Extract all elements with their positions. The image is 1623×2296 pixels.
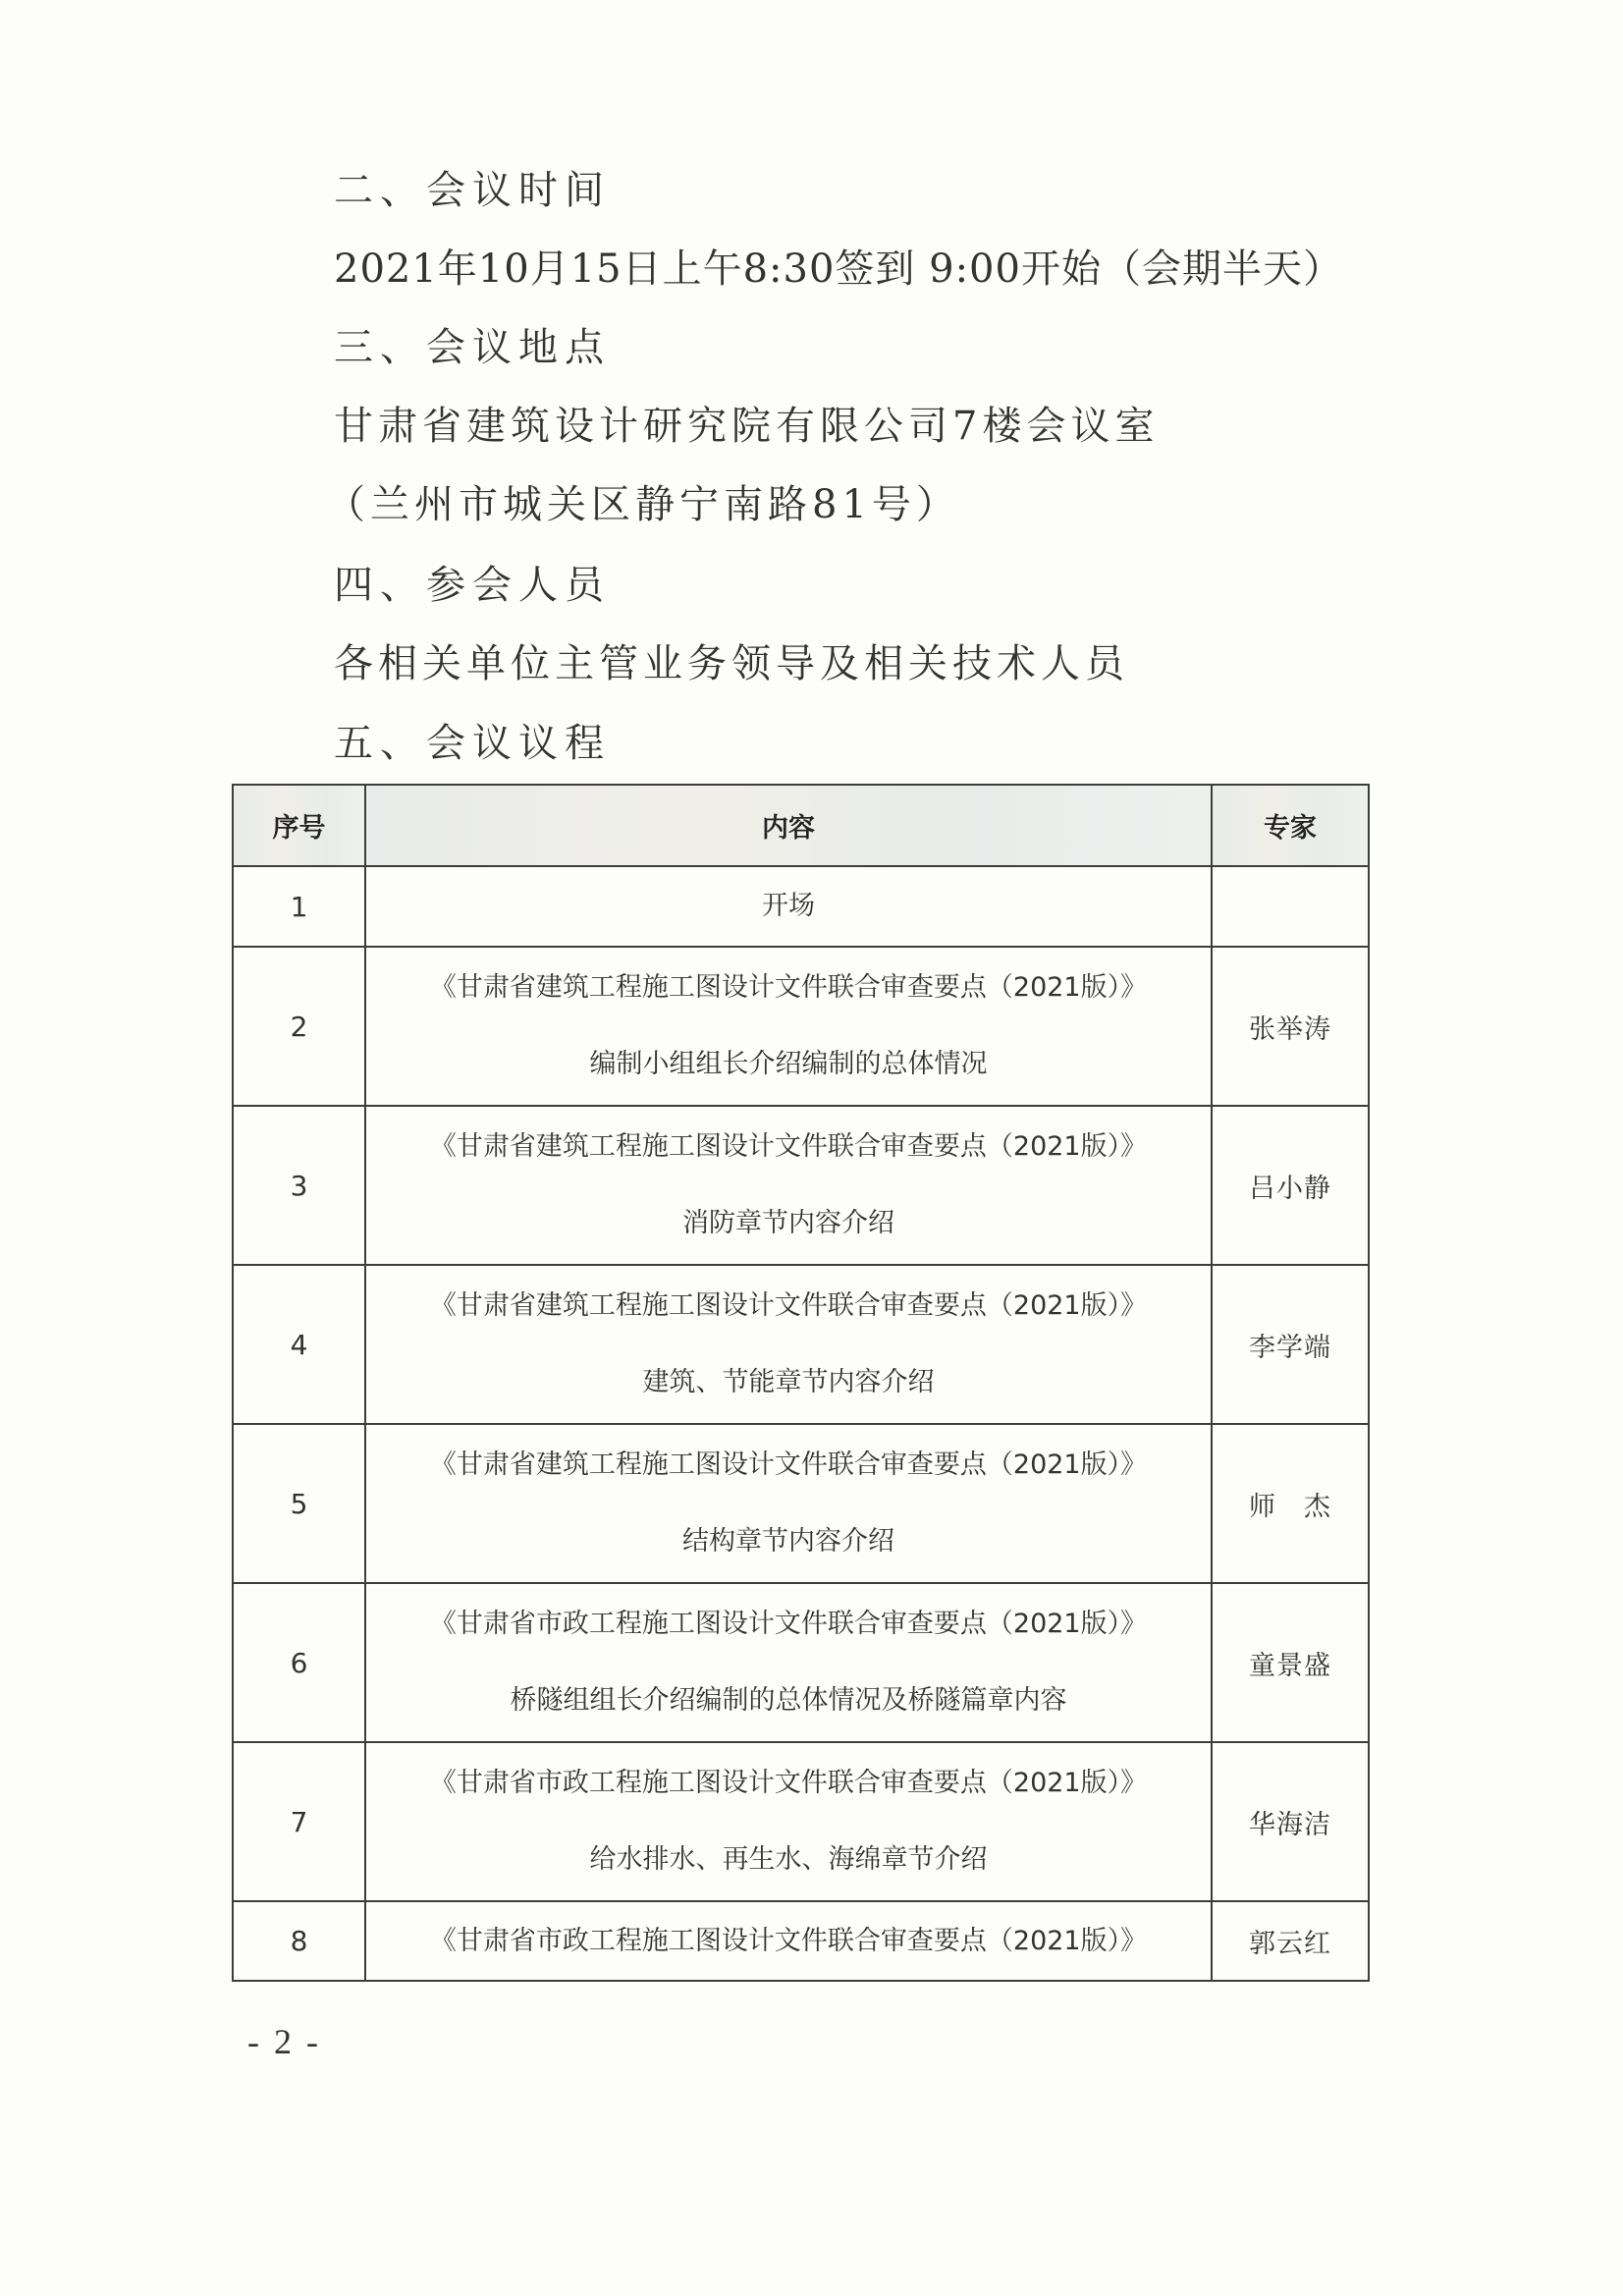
header-content: 内容: [365, 785, 1212, 866]
attendees: 各相关单位主管业务领导及相关技术人员: [334, 640, 1129, 687]
content-topic: 结构章节内容介绍: [366, 1522, 1211, 1561]
meeting-time: 2021年10月15日上午8:30签到 9:00开始（会期半天）: [334, 246, 1343, 293]
row-expert: 华海洁: [1212, 1742, 1369, 1901]
section-location-heading: 三、会议地点: [334, 324, 611, 371]
row-content: 开场: [365, 866, 1212, 947]
section-attendees-heading: 四、参会人员: [334, 562, 611, 609]
content-topic: 给水排水、再生水、海绵章节介绍: [366, 1840, 1211, 1880]
table-row: 8 《甘肃省市政工程施工图设计文件联合审查要点（2021版）》 郭云红: [233, 1901, 1369, 1981]
header-number: 序号: [233, 785, 365, 866]
table-row: 6 《甘肃省市政工程施工图设计文件联合审查要点（2021版）》 桥隧组组长介绍编…: [233, 1583, 1369, 1742]
row-content: 《甘肃省市政工程施工图设计文件联合审查要点（2021版）》 给水排水、再生水、海…: [365, 1742, 1212, 1901]
table-header-row: 序号 内容 专家: [233, 785, 1369, 866]
row-number: 5: [233, 1424, 365, 1583]
section-agenda-heading: 五、会议议程: [334, 720, 611, 767]
row-expert: 童景盛: [1212, 1583, 1369, 1742]
content-title: 《甘肃省建筑工程施工图设计文件联合审查要点（2021版）》: [366, 968, 1211, 1008]
row-number: 8: [233, 1901, 365, 1981]
row-number: 1: [233, 866, 365, 947]
row-content: 《甘肃省建筑工程施工图设计文件联合审查要点（2021版）》 结构章节内容介绍: [365, 1424, 1212, 1583]
agenda-table: 序号 内容 专家 1 开场 2 《甘肃省建筑工程施工图设计文件联合审查要点（20…: [232, 784, 1370, 1982]
table-row: 1 开场: [233, 866, 1369, 947]
content-title: 《甘肃省建筑工程施工图设计文件联合审查要点（2021版）》: [366, 1127, 1211, 1167]
content-topic: 消防章节内容介绍: [366, 1204, 1211, 1243]
table-row: 2 《甘肃省建筑工程施工图设计文件联合审查要点（2021版）》 编制小组组长介绍…: [233, 947, 1369, 1106]
content-title: 《甘肃省建筑工程施工图设计文件联合审查要点（2021版）》: [366, 1446, 1211, 1485]
table-row: 4 《甘肃省建筑工程施工图设计文件联合审查要点（2021版）》 建筑、节能章节内…: [233, 1265, 1369, 1424]
row-content: 《甘肃省建筑工程施工图设计文件联合审查要点（2021版）》 编制小组组长介绍编制…: [365, 947, 1212, 1106]
row-number: 2: [233, 947, 365, 1106]
content-topic: 建筑、节能章节内容介绍: [366, 1363, 1211, 1402]
row-content: 《甘肃省建筑工程施工图设计文件联合审查要点（2021版）》 建筑、节能章节内容介…: [365, 1265, 1212, 1424]
row-expert: 李学端: [1212, 1265, 1369, 1424]
meeting-location: 甘肃省建筑设计研究院有限公司7楼会议室: [334, 403, 1159, 450]
row-number: 7: [233, 1742, 365, 1901]
table-row: 3 《甘肃省建筑工程施工图设计文件联合审查要点（2021版）》 消防章节内容介绍…: [233, 1106, 1369, 1265]
content-topic: 编制小组组长介绍编制的总体情况: [366, 1045, 1211, 1084]
table-row: 5 《甘肃省建筑工程施工图设计文件联合审查要点（2021版）》 结构章节内容介绍…: [233, 1424, 1369, 1583]
row-number: 4: [233, 1265, 365, 1424]
content-title: 《甘肃省市政工程施工图设计文件联合审查要点（2021版）》: [366, 1605, 1211, 1644]
row-expert: [1212, 866, 1369, 947]
row-expert: 吕小静: [1212, 1106, 1369, 1265]
page-number: - 2 -: [247, 2021, 321, 2062]
content-title: 《甘肃省市政工程施工图设计文件联合审查要点（2021版）》: [366, 1764, 1211, 1803]
table-row: 7 《甘肃省市政工程施工图设计文件联合审查要点（2021版）》 给水排水、再生水…: [233, 1742, 1369, 1901]
content-line: 开场: [366, 887, 1211, 926]
content-topic: 桥隧组组长介绍编制的总体情况及桥隧篇章内容: [366, 1681, 1211, 1721]
row-number: 3: [233, 1106, 365, 1265]
row-expert: 郭云红: [1212, 1901, 1369, 1981]
meeting-address: （兰州市城关区静宁南路81号）: [326, 481, 960, 528]
content-title: 《甘肃省市政工程施工图设计文件联合审查要点（2021版）》: [366, 1922, 1211, 1961]
content-title: 《甘肃省建筑工程施工图设计文件联合审查要点（2021版）》: [366, 1286, 1211, 1326]
row-content: 《甘肃省建筑工程施工图设计文件联合审查要点（2021版）》 消防章节内容介绍: [365, 1106, 1212, 1265]
section-time-heading: 二、会议时间: [334, 167, 611, 214]
row-content: 《甘肃省市政工程施工图设计文件联合审查要点（2021版）》 桥隧组组长介绍编制的…: [365, 1583, 1212, 1742]
header-expert: 专家: [1212, 785, 1369, 866]
row-expert: 张举涛: [1212, 947, 1369, 1106]
row-content: 《甘肃省市政工程施工图设计文件联合审查要点（2021版）》: [365, 1901, 1212, 1981]
row-number: 6: [233, 1583, 365, 1742]
row-expert: 师 杰: [1212, 1424, 1369, 1583]
